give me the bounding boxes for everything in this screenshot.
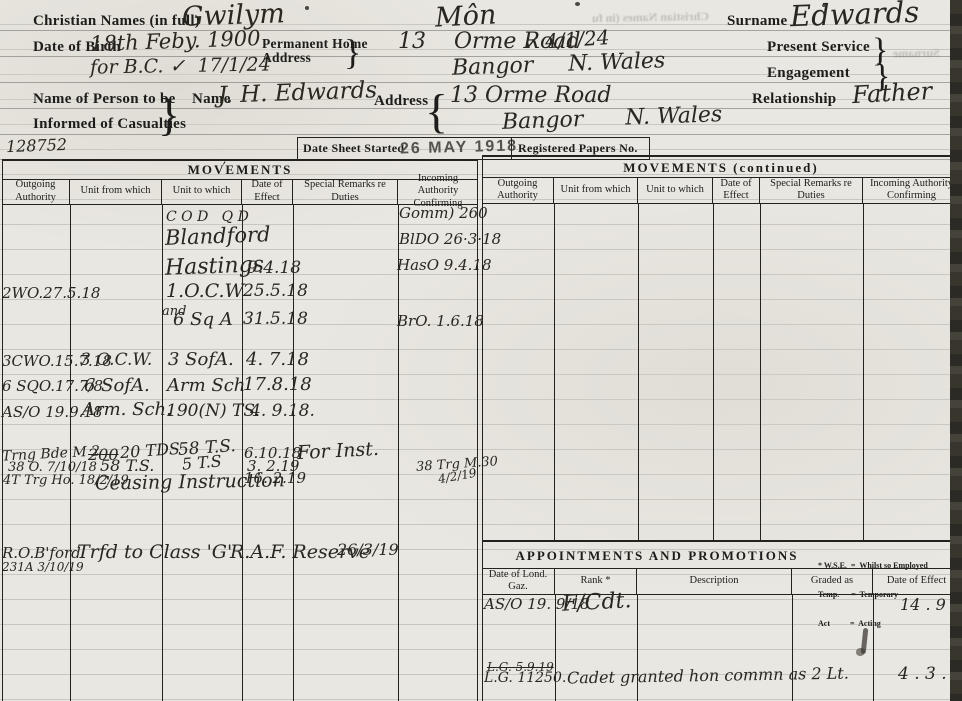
speck (305, 6, 309, 10)
entry-unit-to: 1.O.C.W (166, 282, 244, 301)
brace: } (158, 88, 180, 141)
entry-unit-from: Trfd to Class 'G' (77, 543, 232, 562)
entry-remarks: For Inst. (297, 440, 380, 463)
bleed-through-text: Christian Names (in fu (592, 9, 709, 26)
casualty-address-line2: Bangor N. Wales (502, 104, 723, 134)
scan-edge (950, 0, 962, 701)
column-line (873, 595, 874, 701)
entry-date: 31.5.18 (243, 311, 308, 328)
entry-date: 4. 9.18. (250, 403, 315, 420)
entry-outgoing-line2: 231A 3/10/19 (2, 561, 84, 573)
casualty-address-label: Address (374, 93, 428, 110)
column-line (863, 204, 864, 540)
col-header-incoming-authority: Incoming Authority Confirming (863, 177, 960, 203)
col-header-incoming-authority: Incoming Authority Confirming (398, 179, 478, 204)
col-header-date-of-effect: Date of Effect (873, 568, 960, 594)
movements-continued-title: MOVEMENTS (continued) (482, 160, 960, 176)
speck (822, 4, 826, 7)
column-line (713, 204, 714, 540)
entry-unit-to: 190(N) TS. (166, 403, 260, 420)
relationship-value: Father (851, 79, 932, 107)
entry-gazette: L.G. 11250. (484, 671, 566, 685)
surname-label: Surname (727, 13, 787, 30)
col-header-date-of-effect: Date of Effect (713, 177, 760, 203)
entry-incoming: Gomm) 260 (399, 206, 488, 221)
col-header-outgoing-authority: Outgoing Authority (482, 177, 554, 203)
col-header-special-remarks: Special Remarks re Duties (760, 177, 863, 203)
col-header-date-of-effect: Date of Effect (242, 179, 293, 204)
col-header-date-lond-gaz: Date of Lond. Gaz. (482, 568, 555, 594)
col-header-graded-as: Graded as (792, 568, 873, 594)
entry-date: 9.4.18 (247, 260, 301, 277)
bleed-through-text: Surname (893, 46, 940, 62)
appointments-header-row: Date of Lond. Gaz. Rank * Description Gr… (482, 568, 960, 595)
casualty-label-line1: Name of Person to be (33, 91, 176, 108)
entry-incoming: HasO 9.4.18 (397, 258, 492, 273)
col-header-unit-to: Unit to which (638, 177, 713, 203)
entry-outgoing: 2WO.27.5.18 (2, 286, 100, 301)
service-record-sheet: Christian Names (in fu Surname Christian… (0, 0, 962, 701)
col-header-unit-from: Unit from which (554, 177, 638, 203)
entry-unit-to: 3 SofA. (168, 351, 234, 369)
christian-names-label: Christian Names (in full) (33, 13, 200, 30)
entry-outgoing: R.O.B'ford (2, 546, 81, 561)
entry-unit-from: 3 O.C.W. (80, 352, 152, 369)
col-header-unit-to: Unit to which (162, 179, 242, 204)
entry-date: 25.5.18 (243, 283, 308, 300)
casualty-address-line1: 13 Orme Road (450, 85, 611, 107)
entry-date: 17.8.18 (243, 376, 312, 394)
relationship-label: Relationship (752, 91, 836, 108)
col-header-description: Description (637, 568, 792, 594)
entry-unit-from: 6 SofA. (84, 377, 150, 395)
home-address-line2: Bangor N. Wales (452, 50, 666, 79)
speck (575, 2, 580, 6)
entry-date: 26/3/19 (337, 542, 399, 558)
col-header-outgoing-authority: Outgoing Authority (2, 179, 70, 204)
date-of-birth-value: 18th Feby. 1900 (90, 28, 261, 55)
entry-unit-to: 6 Sq A (173, 311, 233, 329)
entry-incoming: BrO. 1.6.18 (397, 314, 484, 329)
middle-name-value: Môn (434, 1, 497, 31)
column-line (398, 205, 399, 701)
entry-date: 4. 7.18 (246, 351, 309, 369)
registered-papers-label: Registered Papers No. (518, 141, 638, 156)
entry-unit-to: C O D Q D (166, 210, 249, 224)
entry-unit-to: Arm Sch (167, 377, 245, 395)
ruled-line (0, 108, 950, 109)
movements-continued-header-row: Outgoing Authority Unit from which Unit … (482, 177, 960, 204)
home-address-check: ✓ 4/1/24 (521, 27, 610, 53)
column-line (760, 204, 761, 540)
col-header-unit-from: Unit from which (70, 179, 162, 204)
column-line (792, 595, 793, 701)
casualty-name-value: J. H. Edwards (218, 79, 378, 108)
col-header-special-remarks: Special Remarks re Duties (293, 179, 398, 204)
appointments-title: APPOINTMENTS AND PROMOTIONS (482, 548, 832, 564)
date-of-birth-note: for B.C. ✓ 17/1/24 (90, 55, 271, 77)
entry-unit-to: Blandford (165, 224, 271, 249)
brace: { (425, 84, 448, 139)
entry-rank: F/Cdt. (561, 590, 631, 616)
present-service-label: Present Service (767, 39, 870, 56)
movements-header-row: Outgoing Authority Unit from which Unit … (2, 179, 478, 205)
title-mark: ’ (222, 161, 226, 174)
column-line (554, 204, 555, 540)
column-line (638, 204, 639, 540)
engagement-label: Engagement (767, 65, 850, 82)
surname-value: Edwards (790, 0, 920, 31)
brace: } (344, 31, 361, 73)
service-number: 128752 (6, 137, 68, 155)
entry-date: 16. 2.19 (244, 471, 306, 486)
date-sheet-started-label: Date Sheet Started (303, 141, 404, 156)
entry-unit-from: Arm. Sch. (82, 401, 172, 419)
ruled-line (0, 134, 950, 135)
